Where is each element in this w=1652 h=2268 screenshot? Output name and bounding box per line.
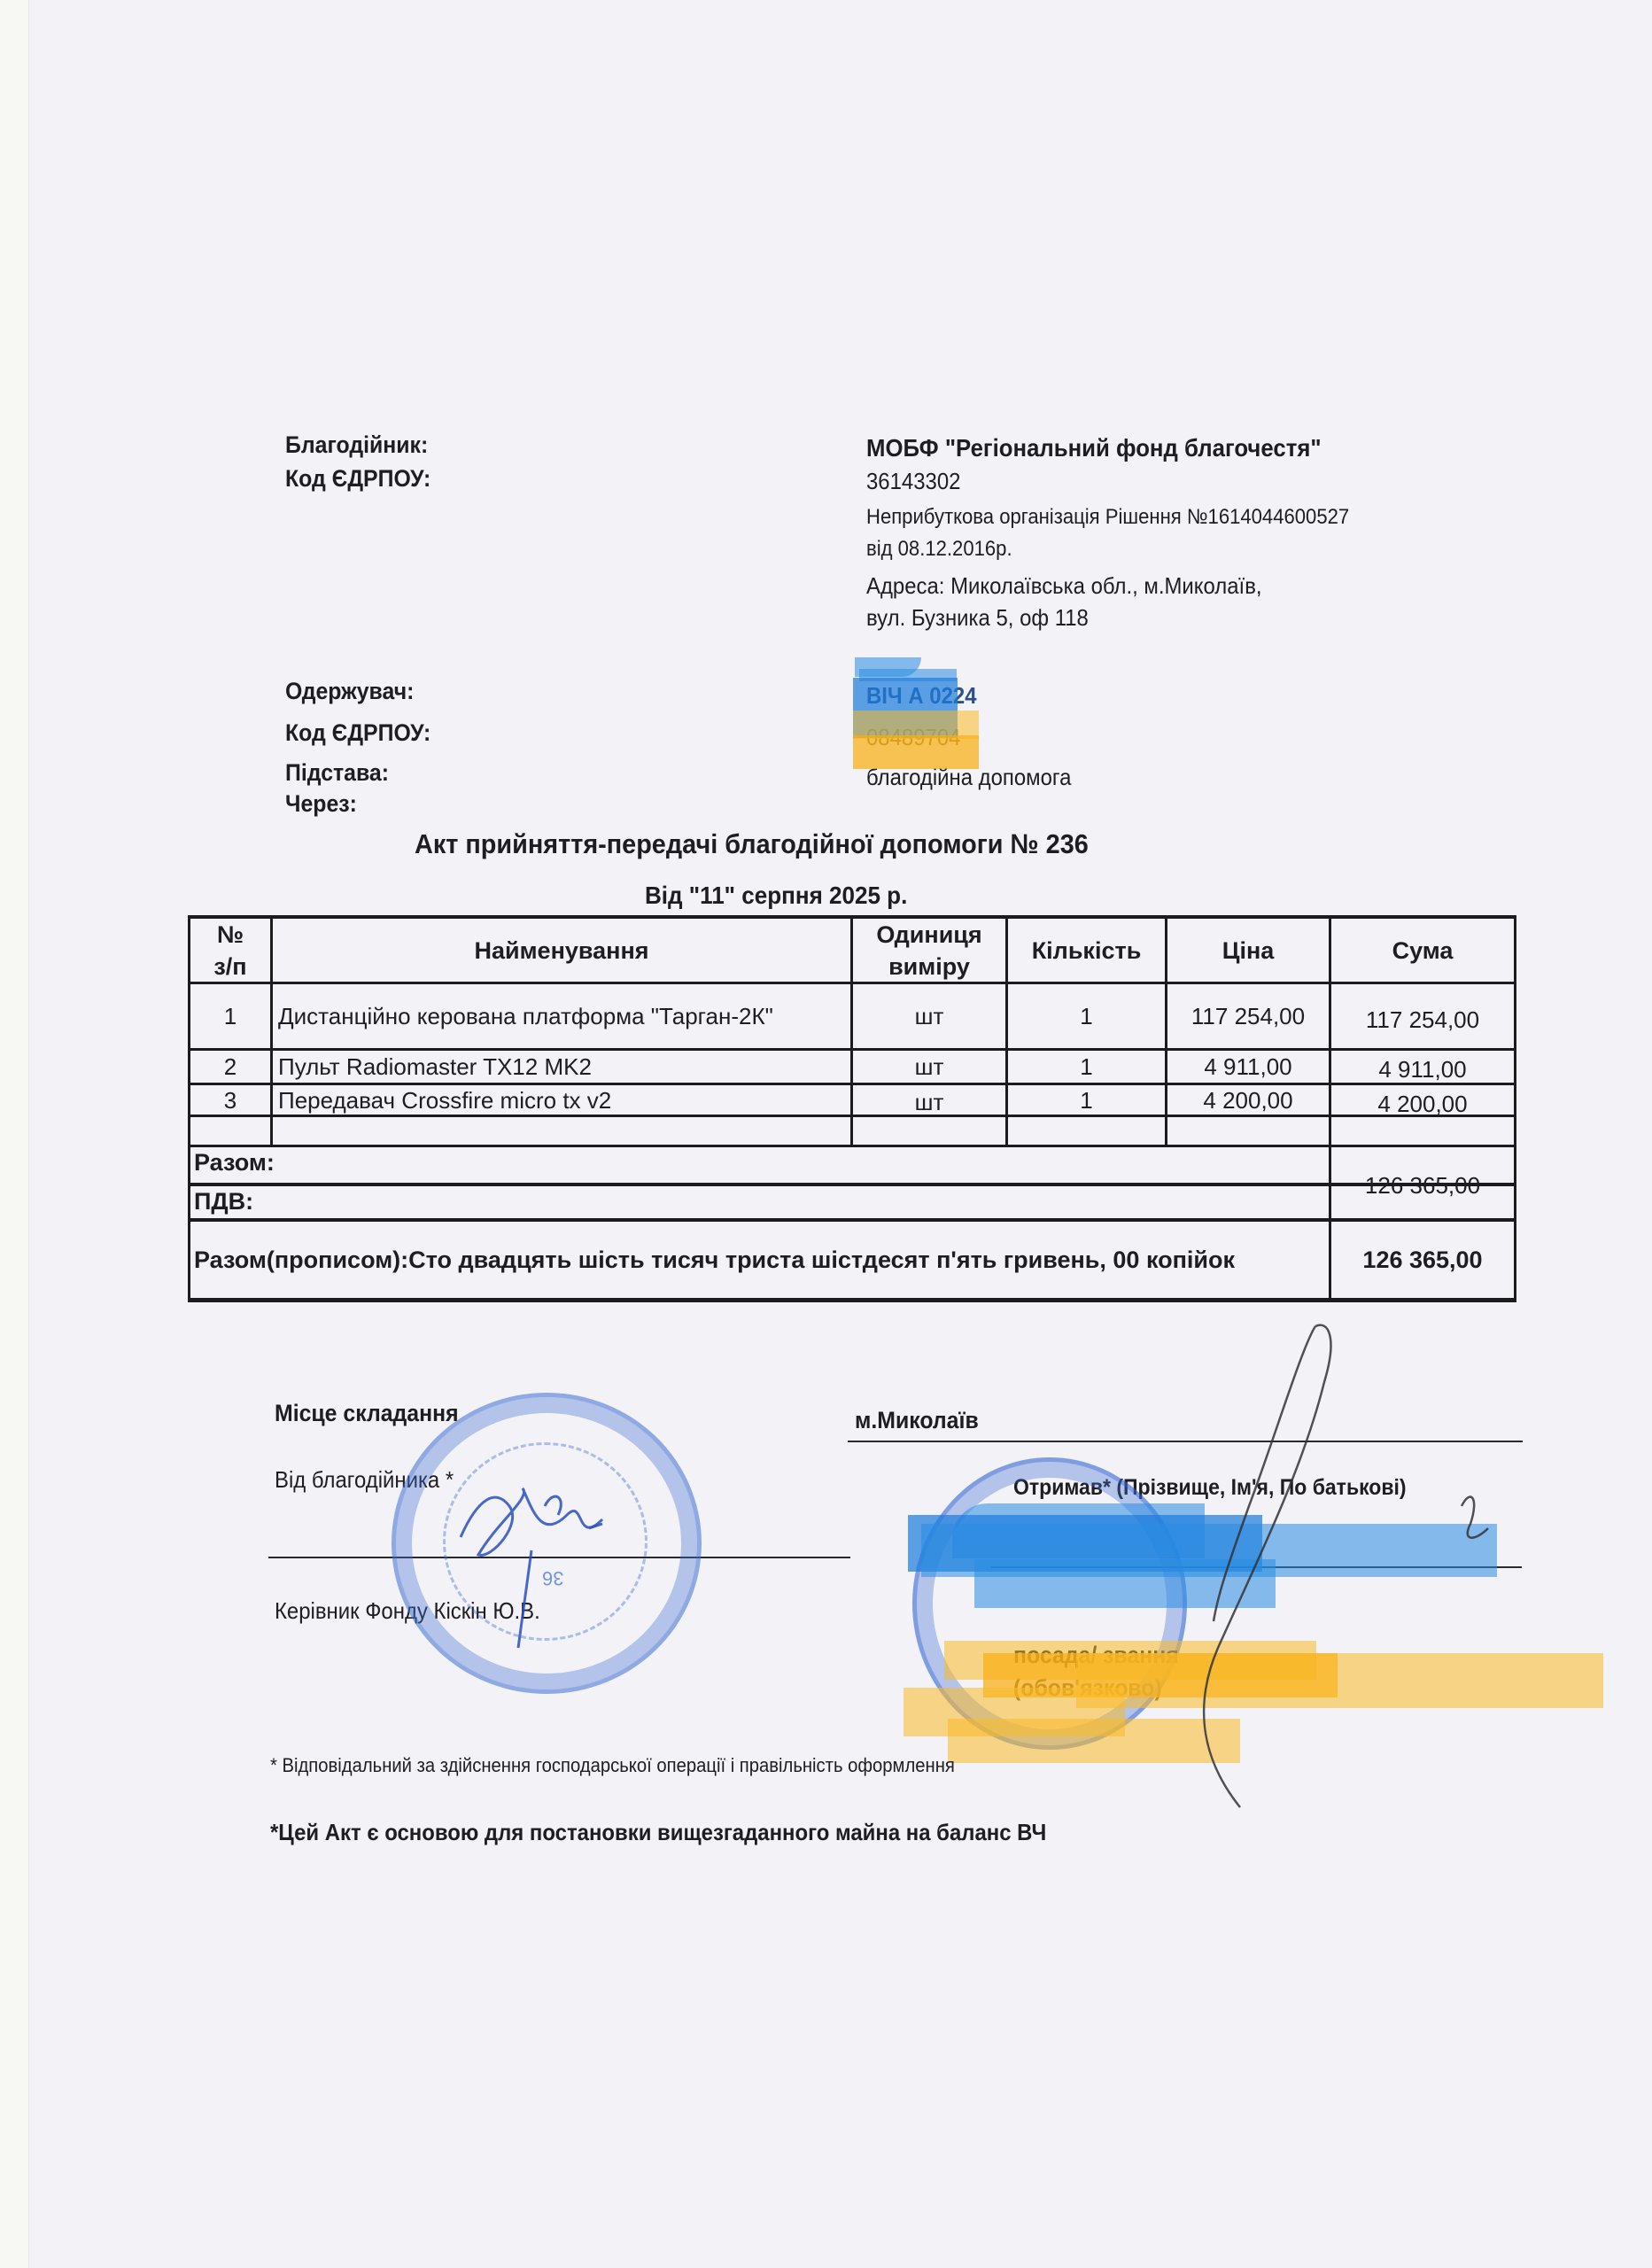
place-label: Місце складання xyxy=(275,1400,459,1427)
total-value: 126 365,00 xyxy=(1331,1150,1514,1221)
recipient-label: Одержувач: xyxy=(285,678,414,705)
scan-paper-edge xyxy=(0,0,29,2268)
col-header-number: № з/п xyxy=(190,919,270,982)
footnote-balance: *Цей Акт є основою для постановки вищезг… xyxy=(270,1819,1046,1846)
donor-status-line1: Неприбуткова організація Рішення №161404… xyxy=(866,505,1349,530)
row3-price: 4 200,00 xyxy=(1167,1085,1329,1115)
donor-name: МОБФ "Регіональний фонд благочестя" xyxy=(866,434,1322,462)
row3-unit: шт xyxy=(853,1087,1005,1116)
document-title: Акт прийняття-передачі благодійної допом… xyxy=(415,828,1089,860)
col-header-unit-line2: виміру xyxy=(888,951,970,983)
row1-quantity: 1 xyxy=(1008,984,1165,1048)
row2-price: 4 911,00 xyxy=(1167,1051,1329,1083)
donor-address-line1: Адреса: Миколаївська обл., м.Миколаїв, xyxy=(866,572,1262,600)
col-header-unit: Одиниця виміру xyxy=(853,919,1005,982)
row3-number: 3 xyxy=(190,1085,270,1115)
donor-stamp-inner-ring xyxy=(443,1442,648,1641)
row1-sum: 117 254,00 xyxy=(1331,988,1514,1052)
place-value: м.Миколаїв xyxy=(855,1407,979,1434)
row1-number: 1 xyxy=(190,984,270,1048)
document-date: Від "11" серпня 2025 р. xyxy=(645,882,907,910)
total-label: Разом: xyxy=(190,1147,1257,1177)
row3-name: Передавач Crossfire micro tx v2 xyxy=(273,1085,845,1115)
total-in-words: Разом(прописом):Сто двадцять шість тисяч… xyxy=(190,1222,1284,1298)
row2-name: Пульт Radiomaster TX12 MK2 xyxy=(273,1051,845,1083)
basis-label: Підстава: xyxy=(285,759,389,787)
row2-unit: шт xyxy=(853,1051,1005,1083)
col-header-number-line1: № xyxy=(217,919,244,951)
redaction-mark xyxy=(974,1559,1276,1608)
donor-code-label: Код ЄДРПОУ: xyxy=(285,465,430,493)
col-header-number-line2: з/п xyxy=(213,951,246,983)
col-header-name: Найменування xyxy=(273,919,850,982)
donor-address-line2: вул. Бузника 5, оф 118 xyxy=(866,604,1089,632)
col-header-quantity: Кількість xyxy=(1008,919,1165,982)
vat-label: ПДВ: xyxy=(190,1186,1257,1216)
place-underline xyxy=(848,1441,1523,1442)
via-label: Через: xyxy=(285,790,357,818)
footnote-responsible: * Відповідальний за здійснення господарс… xyxy=(270,1754,955,1777)
donor-status-line2: від 08.12.2016р. xyxy=(866,537,1012,562)
donor-stamp-code: 36 xyxy=(542,1566,563,1589)
row3-sum: 4 200,00 xyxy=(1331,1089,1514,1118)
row2-quantity: 1 xyxy=(1008,1051,1165,1083)
row1-price: 117 254,00 xyxy=(1167,984,1329,1048)
redaction-mark-yellow xyxy=(853,735,979,769)
redaction-mark xyxy=(1076,1653,1603,1708)
row2-sum: 4 911,00 xyxy=(1331,1053,1514,1085)
redaction-mark xyxy=(948,1719,1240,1763)
recipient-code-label: Код ЄДРПОУ: xyxy=(285,719,430,747)
col-header-unit-line1: Одиниця xyxy=(876,919,981,951)
row2-number: 2 xyxy=(190,1051,270,1083)
donor-label: Благодійник: xyxy=(285,431,428,459)
items-table: № з/п Найменування Одиниця виміру Кількі… xyxy=(188,915,1516,1301)
donor-code: 36143302 xyxy=(866,468,960,495)
col-header-price: Ціна xyxy=(1167,919,1329,982)
row1-name: Дистанційно керована платформа "Тарган-2… xyxy=(273,984,845,1048)
total-in-words-value: 126 365,00 xyxy=(1331,1222,1514,1298)
row1-unit: шт xyxy=(853,984,1005,1048)
row3-quantity: 1 xyxy=(1008,1085,1165,1115)
col-header-sum: Сума xyxy=(1331,919,1514,982)
